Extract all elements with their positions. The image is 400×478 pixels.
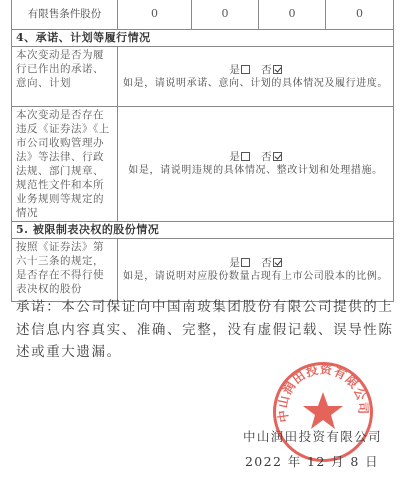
row-content: 是 否 如是，请说明承诺、意向、计划的具体情况及履行进度。 — [118, 47, 394, 107]
value-cell: 0 — [259, 0, 326, 30]
option-yes[interactable]: 是 — [229, 150, 250, 164]
row-note: 如是，请说明违规的具体情况、整改计划和处理措施。 — [122, 164, 389, 178]
value-cell: 0 — [326, 0, 394, 30]
row-label: 按照《证券法》第六十三条的规定，是否存在不得行使表决权的股份 — [12, 239, 118, 302]
section-5-title: 5. 被限制表决权的股份情况 — [12, 222, 394, 239]
section-4-header-row: 4、承诺、计划等履行情况 — [12, 30, 394, 47]
commitment-statement: 承诺：本公司保证向中国南玻集团股份有限公司提供的上述信息内容真实、准确、完整，没… — [16, 296, 394, 364]
checkbox-no-checked-icon[interactable] — [273, 152, 282, 161]
checkbox-no-checked-icon[interactable] — [273, 65, 282, 74]
option-no[interactable]: 否 — [261, 256, 282, 270]
checkbox-yes-unchecked-icon[interactable] — [241, 152, 250, 161]
option-yes-label: 是 — [229, 64, 240, 76]
section-5-header-row: 5. 被限制表决权的股份情况 — [12, 222, 394, 239]
violation-check-row: 本次变动是否存在违反《证券法》《上市公司收购管理办法》等法律、行政法规、部门规章… — [12, 107, 394, 222]
signature-block: 中山润田投资有限公司 2022 年 12 月 8 日 — [243, 424, 382, 474]
yes-no-options: 是 否 — [122, 256, 389, 270]
value-cell: 0 — [192, 0, 259, 30]
row-note: 如是，请说明承诺、意向、计划的具体情况及履行进度。 — [122, 77, 389, 91]
option-yes[interactable]: 是 — [229, 256, 250, 270]
section-4-title: 4、承诺、计划等履行情况 — [12, 30, 394, 47]
row-content: 是 否 如是，请说明对应股份数量占现有上市公司股本的比例。 — [118, 239, 394, 302]
yes-no-options: 是 否 — [122, 63, 389, 77]
checkbox-no-checked-icon[interactable] — [273, 258, 282, 267]
yes-no-options: 是 否 — [122, 150, 389, 164]
checkbox-yes-unchecked-icon[interactable] — [241, 65, 250, 74]
option-yes-label: 是 — [229, 151, 240, 163]
signatory-company: 中山润田投资有限公司 — [243, 429, 382, 444]
shareholding-change-table: 有限售条件股份 0 0 0 0 4、承诺、计划等履行情况 本次变动是否为履行已作… — [11, 0, 394, 302]
restricted-shares-label: 有限售条件股份 — [12, 0, 118, 30]
row-note: 如是，请说明对应股份数量占现有上市公司股本的比例。 — [122, 270, 389, 284]
checkbox-yes-unchecked-icon[interactable] — [241, 258, 250, 267]
restricted-shares-row: 有限售条件股份 0 0 0 0 — [12, 0, 394, 30]
commitment-fulfilment-row: 本次变动是否为履行已作出的承诺、意向、计划 是 否 如是，请说明承诺、意向、计划… — [12, 47, 394, 107]
signature-date: 2022 年 12 月 8 日 — [243, 449, 382, 474]
row-content: 是 否 如是，请说明违规的具体情况、整改计划和处理措施。 — [118, 107, 394, 222]
option-no-label: 否 — [261, 257, 272, 269]
option-no-label: 否 — [261, 64, 272, 76]
voting-restriction-row: 按照《证券法》第六十三条的规定，是否存在不得行使表决权的股份 是 否 如是，请说… — [12, 239, 394, 302]
row-label: 本次变动是否为履行已作出的承诺、意向、计划 — [12, 47, 118, 107]
option-no[interactable]: 否 — [261, 63, 282, 77]
value-cell: 0 — [118, 0, 192, 30]
option-no-label: 否 — [261, 151, 272, 163]
option-no[interactable]: 否 — [261, 150, 282, 164]
option-yes-label: 是 — [229, 257, 240, 269]
option-yes[interactable]: 是 — [229, 63, 250, 77]
row-label: 本次变动是否存在违反《证券法》《上市公司收购管理办法》等法律、行政法规、部门规章… — [12, 107, 118, 222]
